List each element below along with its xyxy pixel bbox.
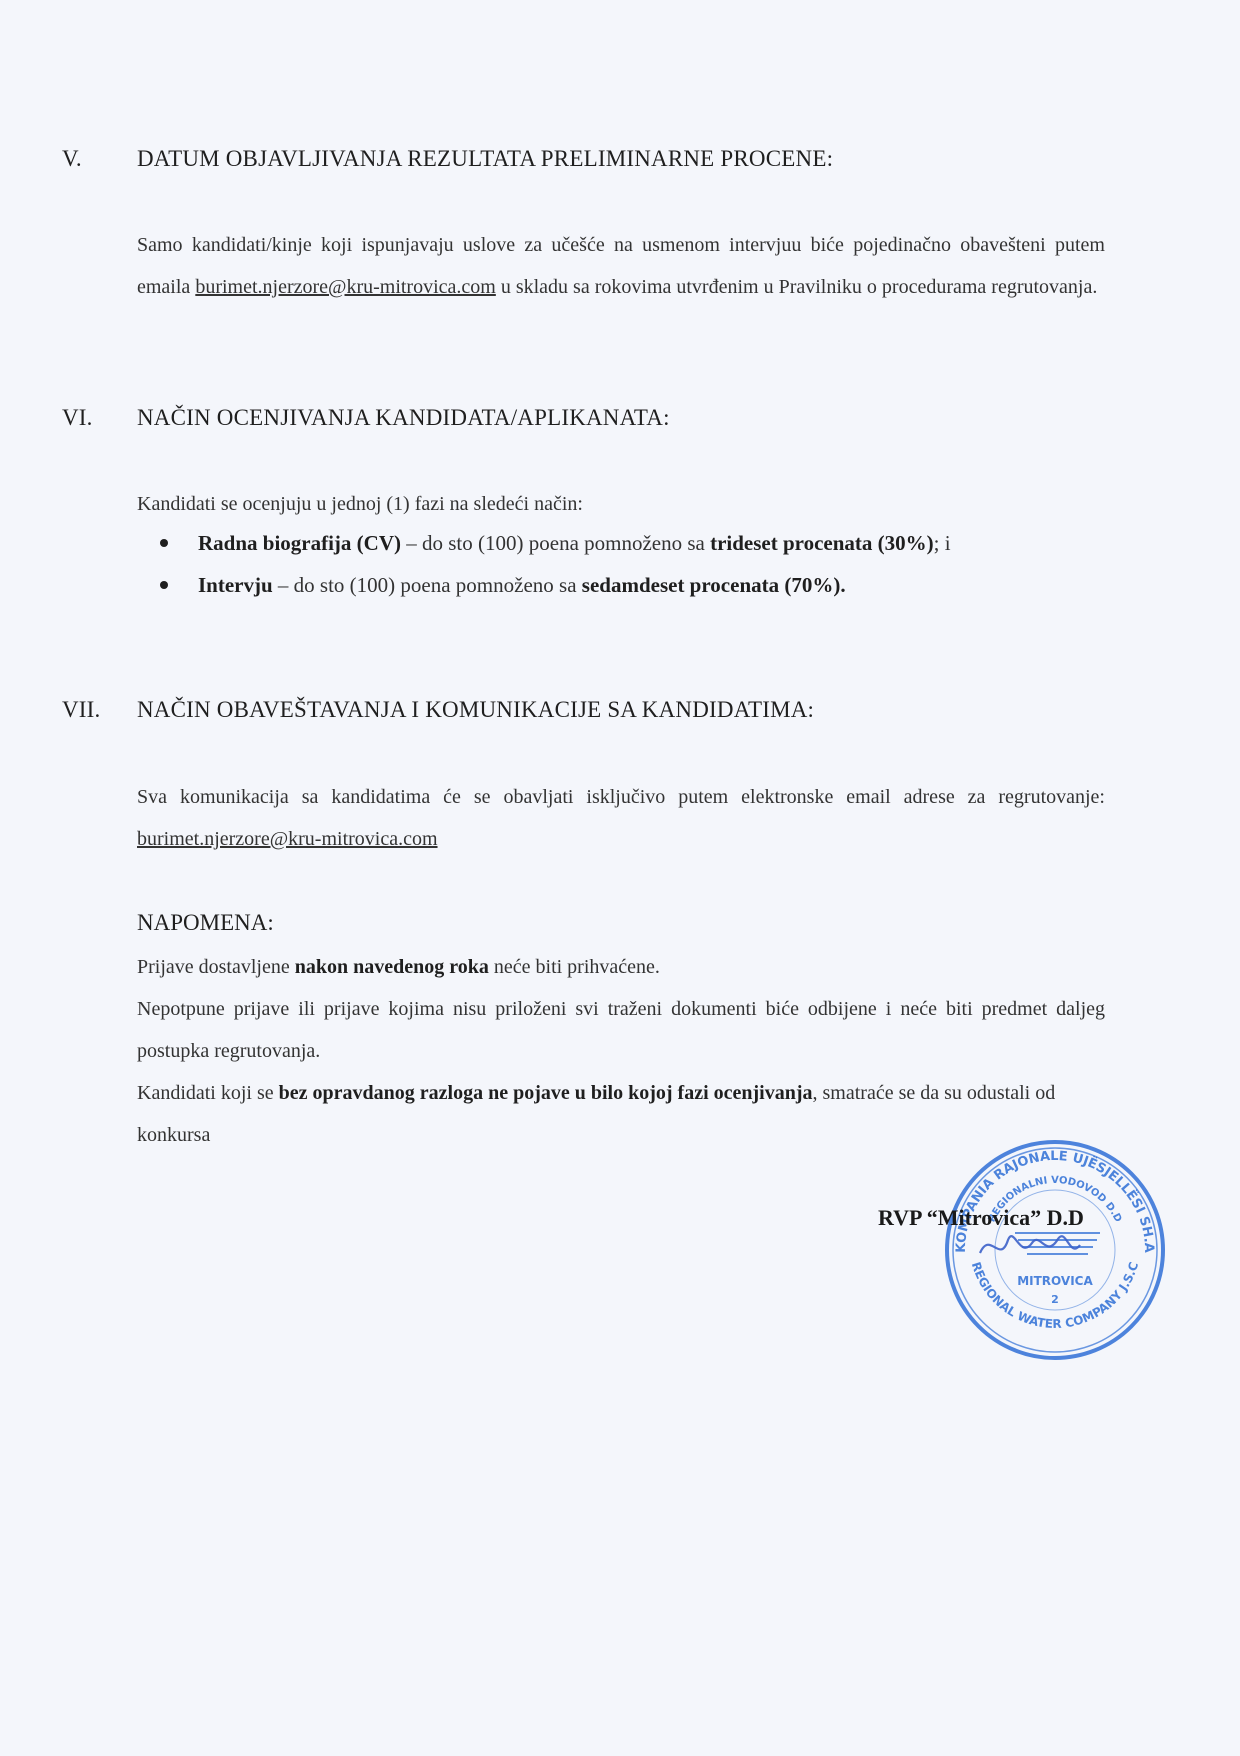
- section-number: VII.: [62, 697, 137, 723]
- criterion-weight: trideset procenata (30%): [710, 531, 934, 555]
- section-title: NAČIN OBAVEŠTAVANJA I KOMUNIKACIJE SA KA…: [137, 697, 814, 723]
- svg-text:MITROVICA: MITROVICA: [1017, 1274, 1093, 1288]
- body-text: u skladu sa rokovima utvrđenim u Praviln…: [496, 276, 1098, 298]
- note-emphasis: nakon navedenog roka: [295, 956, 489, 978]
- scoring-list: Radna biografija (CV) – do sto (100) poe…: [160, 522, 951, 606]
- svg-text:KOMPANIA RAJONALE UJËSJELLËSI: KOMPANIA RAJONALE UJËSJELLËSI SH.A: [954, 1149, 1156, 1253]
- section-title: NAČIN OCENJIVANJA KANDIDATA/APLIKANATA:: [137, 405, 670, 431]
- note-text: Kandidati koji se: [137, 1082, 279, 1104]
- note-line-2: Nepotpune prijave ili prijave kojima nis…: [137, 988, 1105, 1072]
- list-item: Intervju – do sto (100) poena pomnoženo …: [160, 564, 951, 606]
- bullet-icon: [160, 539, 168, 547]
- criterion-text: – do sto (100) poena pomnoženo sa: [401, 531, 710, 555]
- section-vi-heading: VI. NAČIN OCENJIVANJA KANDIDATA/APLIKANA…: [62, 405, 670, 431]
- company-stamp-icon: KOMPANIA RAJONALE UJËSJELLËSI SH.A REGIO…: [940, 1135, 1170, 1365]
- section-v-heading: V. DATUM OBJAVLJIVANJA REZULTATA PRELIMI…: [62, 146, 833, 172]
- note-title: NAPOMENA:: [137, 910, 274, 936]
- note-text: neće biti prihvaćene.: [489, 956, 660, 978]
- section-vii-body: Sva komunikacija sa kandidatima će se ob…: [137, 776, 1105, 860]
- document-page: V. DATUM OBJAVLJIVANJA REZULTATA PRELIMI…: [0, 0, 1240, 1756]
- note-text: Prijave dostavljene: [137, 956, 295, 978]
- section-v-body: Samo kandidati/kinje koji ispunjavaju us…: [137, 224, 1105, 308]
- criterion-label: Radna biografija (CV): [198, 531, 401, 555]
- note-emphasis: bez opravdanog razloga ne pojave u bilo …: [279, 1082, 813, 1104]
- section-vi-intro: Kandidati se ocenjuju u jednoj (1) fazi …: [137, 483, 1105, 525]
- section-number: VI.: [62, 405, 137, 431]
- svg-text:2: 2: [1051, 1293, 1059, 1306]
- criterion-text: – do sto (100) poena pomnoženo sa: [273, 573, 582, 597]
- note-line-1: Prijave dostavljene nakon navedenog roka…: [137, 946, 1105, 988]
- criterion-label: Intervju: [198, 573, 273, 597]
- section-vii-heading: VII. NAČIN OBAVEŠTAVANJA I KOMUNIKACIJE …: [62, 697, 814, 723]
- body-text: Sva komunikacija sa kandidatima će se ob…: [137, 786, 1105, 808]
- section-number: V.: [62, 146, 137, 172]
- section-title: DATUM OBJAVLJIVANJA REZULTATA PRELIMINAR…: [137, 146, 833, 172]
- note-line-3: Kandidati koji se bez opravdanog razloga…: [137, 1072, 1077, 1156]
- bullet-icon: [160, 581, 168, 589]
- email-link[interactable]: burimet.njerzore@kru-mitrovica.com: [195, 276, 496, 298]
- criterion-suffix: ; i: [934, 531, 951, 555]
- list-item: Radna biografija (CV) – do sto (100) poe…: [160, 522, 951, 564]
- signatory-organization: RVP “Mitrovica” D.D: [878, 1205, 1084, 1231]
- criterion-weight: sedamdeset procenata (70%).: [582, 573, 846, 597]
- email-link[interactable]: burimet.njerzore@kru-mitrovica.com: [137, 828, 438, 850]
